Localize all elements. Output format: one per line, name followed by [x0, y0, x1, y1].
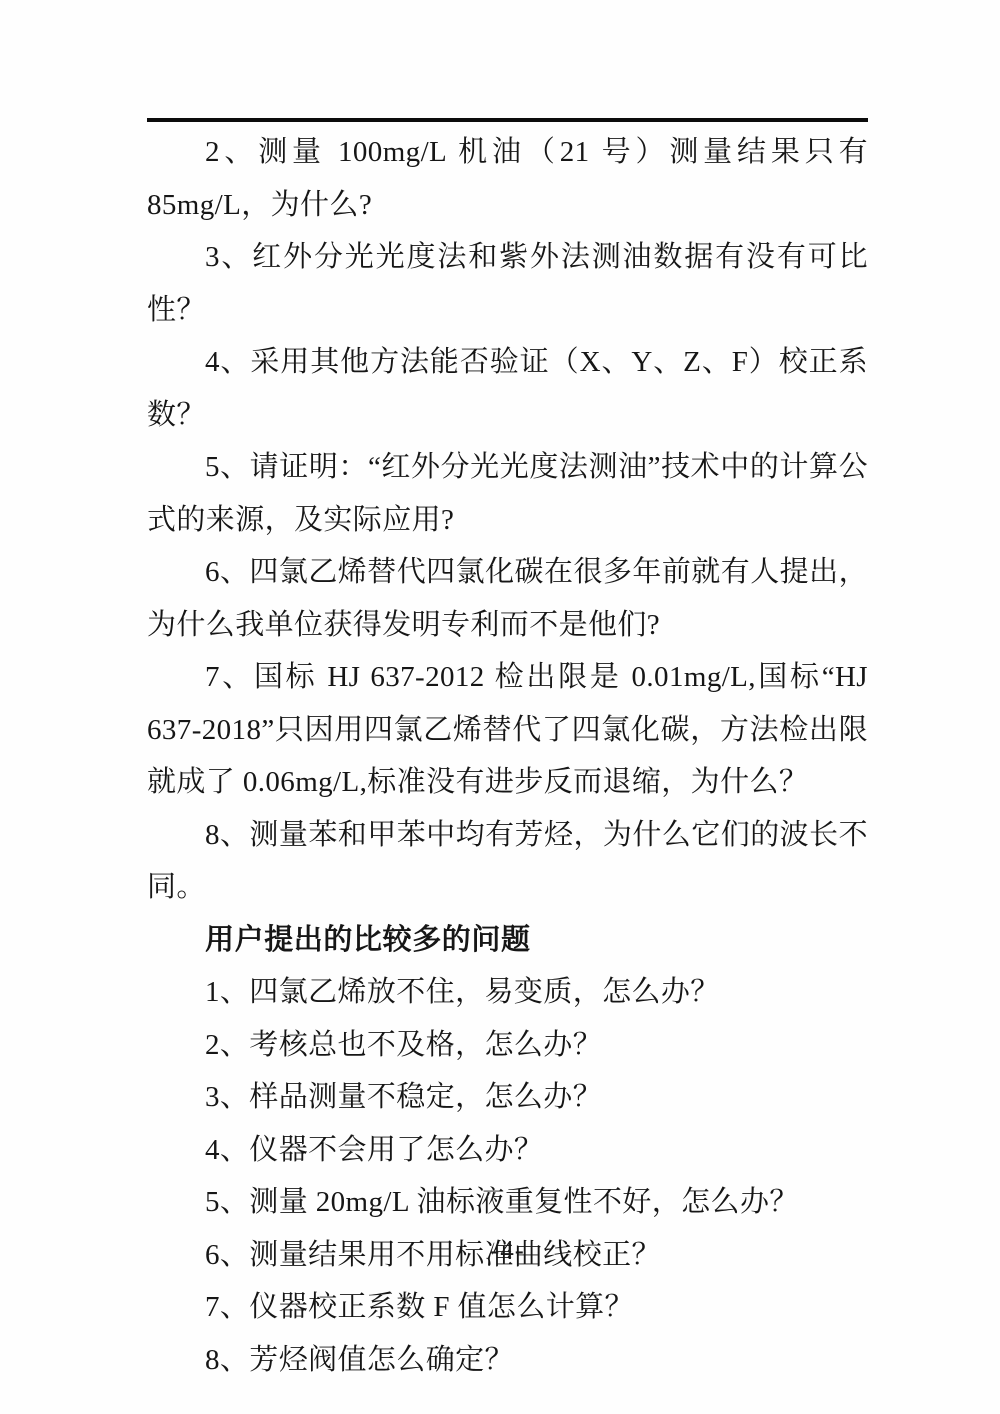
question-item-s2-5: 5、测量 20mg/L 油标液重复性不好，怎么办？ — [147, 1176, 868, 1229]
header-rule — [147, 118, 868, 122]
question-item-s2-3: 3、样品测量不稳定，怎么办？ — [147, 1071, 868, 1124]
question-item-s1-6: 6、四氯乙烯替代四氯化碳在很多年前就有人提出，为什么我单位获得发明专利而不是他们… — [147, 546, 868, 651]
question-item-s2-7: 7、仪器校正系数 F 值怎么计算？ — [147, 1281, 868, 1334]
page-number: -4- — [490, 1235, 524, 1265]
question-item-s1-2: 2、测量 100mg/L 机油（21 号）测量结果只有 85mg/L，为什么? — [147, 126, 868, 231]
question-item-s1-5: 5、请证明：“红外分光光度法测油”技术中的计算公式的来源，及实际应用? — [147, 441, 868, 546]
document-page: 2、测量 100mg/L 机油（21 号）测量结果只有 85mg/L，为什么? … — [0, 0, 1000, 1414]
question-item-s2-8: 8、芳烃阀值怎么确定？ — [147, 1334, 868, 1387]
question-item-s1-3: 3、红外分光光度法和紫外法测油数据有没有可比性？ — [147, 231, 868, 336]
question-item-s1-4: 4、采用其他方法能否验证（X、Y、Z、F）校正系数？ — [147, 336, 868, 441]
page-content: 2、测量 100mg/L 机油（21 号）测量结果只有 85mg/L，为什么? … — [147, 118, 868, 1386]
question-item-s2-4: 4、仪器不会用了怎么办？ — [147, 1124, 868, 1177]
page-footer: -4- — [147, 1224, 868, 1277]
question-item-s2-2: 2、考核总也不及格，怎么办？ — [147, 1019, 868, 1072]
question-item-s2-1: 1、四氯乙烯放不住，易变质，怎么办？ — [147, 966, 868, 1019]
section-heading: 用户提出的比较多的问题 — [147, 914, 868, 967]
question-item-s1-8: 8、测量苯和甲苯中均有芳烃，为什么它们的波长不同。 — [147, 809, 868, 914]
question-item-s1-7: 7、国标 HJ 637-2012 检出限是 0.01mg/L,国标“HJ 637… — [147, 651, 868, 809]
